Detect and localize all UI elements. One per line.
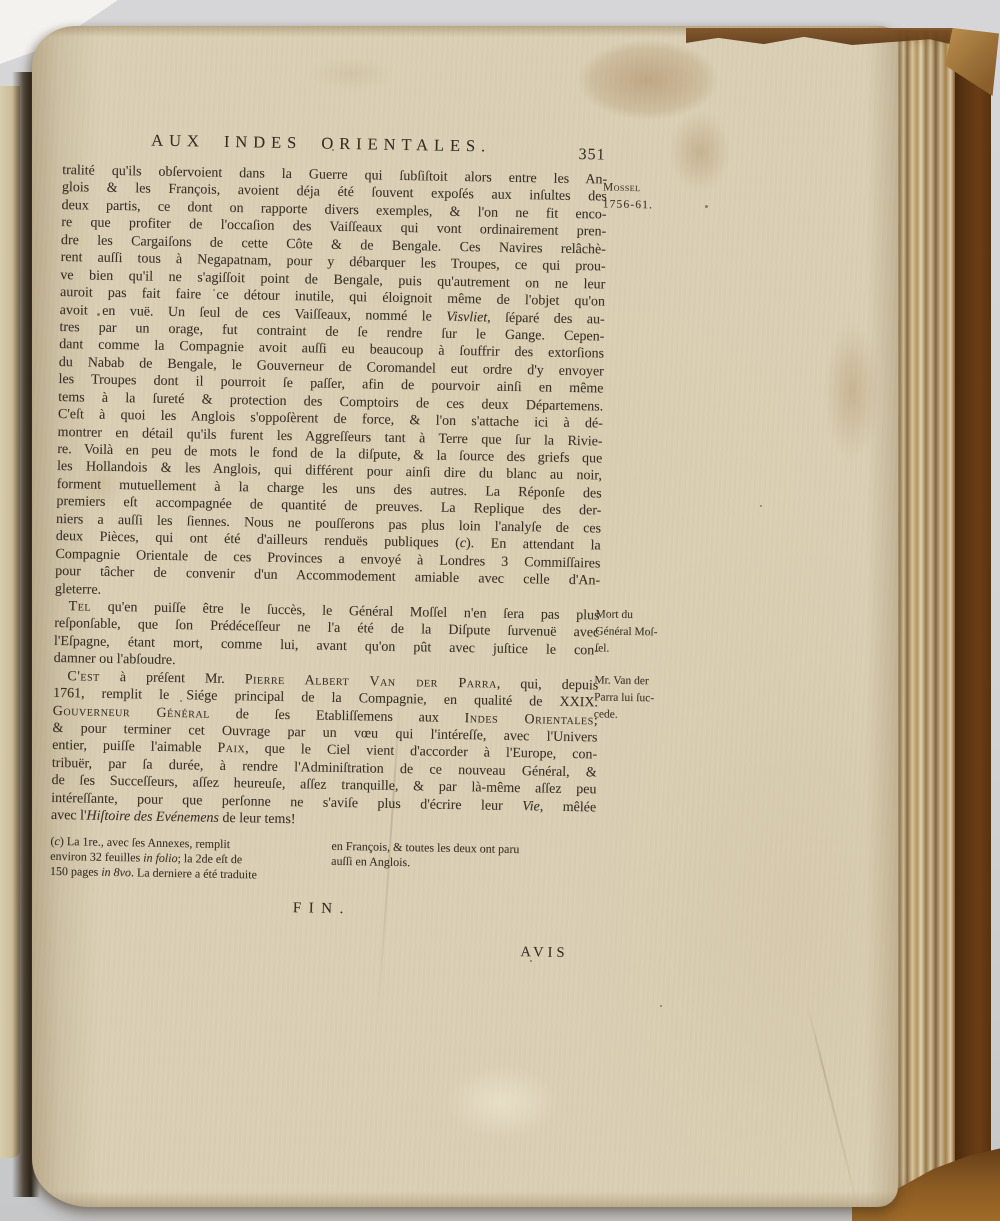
margin-note-line: Mort du xyxy=(595,606,687,624)
paper-speck xyxy=(760,505,762,507)
catchword-avis: AVIS xyxy=(428,943,568,962)
margin-note-line: cede. xyxy=(594,706,686,724)
margin-note-mort-du-general: Mort duGénéral Moſ-ſel. xyxy=(595,606,688,658)
paper-speck xyxy=(705,205,708,208)
footnote: (c) La 1re., avec ſes Annexes, rempliten… xyxy=(50,834,596,890)
body-text: tralité qu'ils obſervoient dans la Guerr… xyxy=(51,162,607,834)
margin-note-line: Mr. Van der xyxy=(594,672,686,690)
margin-note-line: Général Moſ- xyxy=(595,623,687,641)
cover-board-edge xyxy=(951,36,991,1221)
margin-note-line: Mossel xyxy=(603,179,695,197)
printed-text-layer: AUX INDES ORIENTALES. 351 tralité qu'ils… xyxy=(49,124,703,924)
margin-note-line: ſel. xyxy=(595,640,687,658)
book-photo: AUX INDES ORIENTALES. 351 tralité qu'ils… xyxy=(0,0,1000,1221)
margin-note-van-der-parra: Mr. Van derParra lui ſuc-cede. xyxy=(594,672,687,724)
footnote-line: 150 pages in 8vo. La derniere a été trad… xyxy=(50,864,314,884)
footnote-left-column: (c) La 1re., avec ſes Annexes, rempliten… xyxy=(50,834,315,885)
fore-edge-pages xyxy=(893,30,955,1202)
footnote-right-column: en François, & toutes les deux ont parua… xyxy=(331,838,596,889)
margin-note-line: Parra lui ſuc- xyxy=(594,689,686,707)
page-number: 351 xyxy=(578,146,605,164)
margin-note-mossel: Mossel1756-61. xyxy=(603,179,696,214)
margin-note-line: 1756-61. xyxy=(603,196,695,214)
footnote-line: auſſi en Anglois. xyxy=(331,854,595,874)
paper-speck xyxy=(660,1005,662,1007)
